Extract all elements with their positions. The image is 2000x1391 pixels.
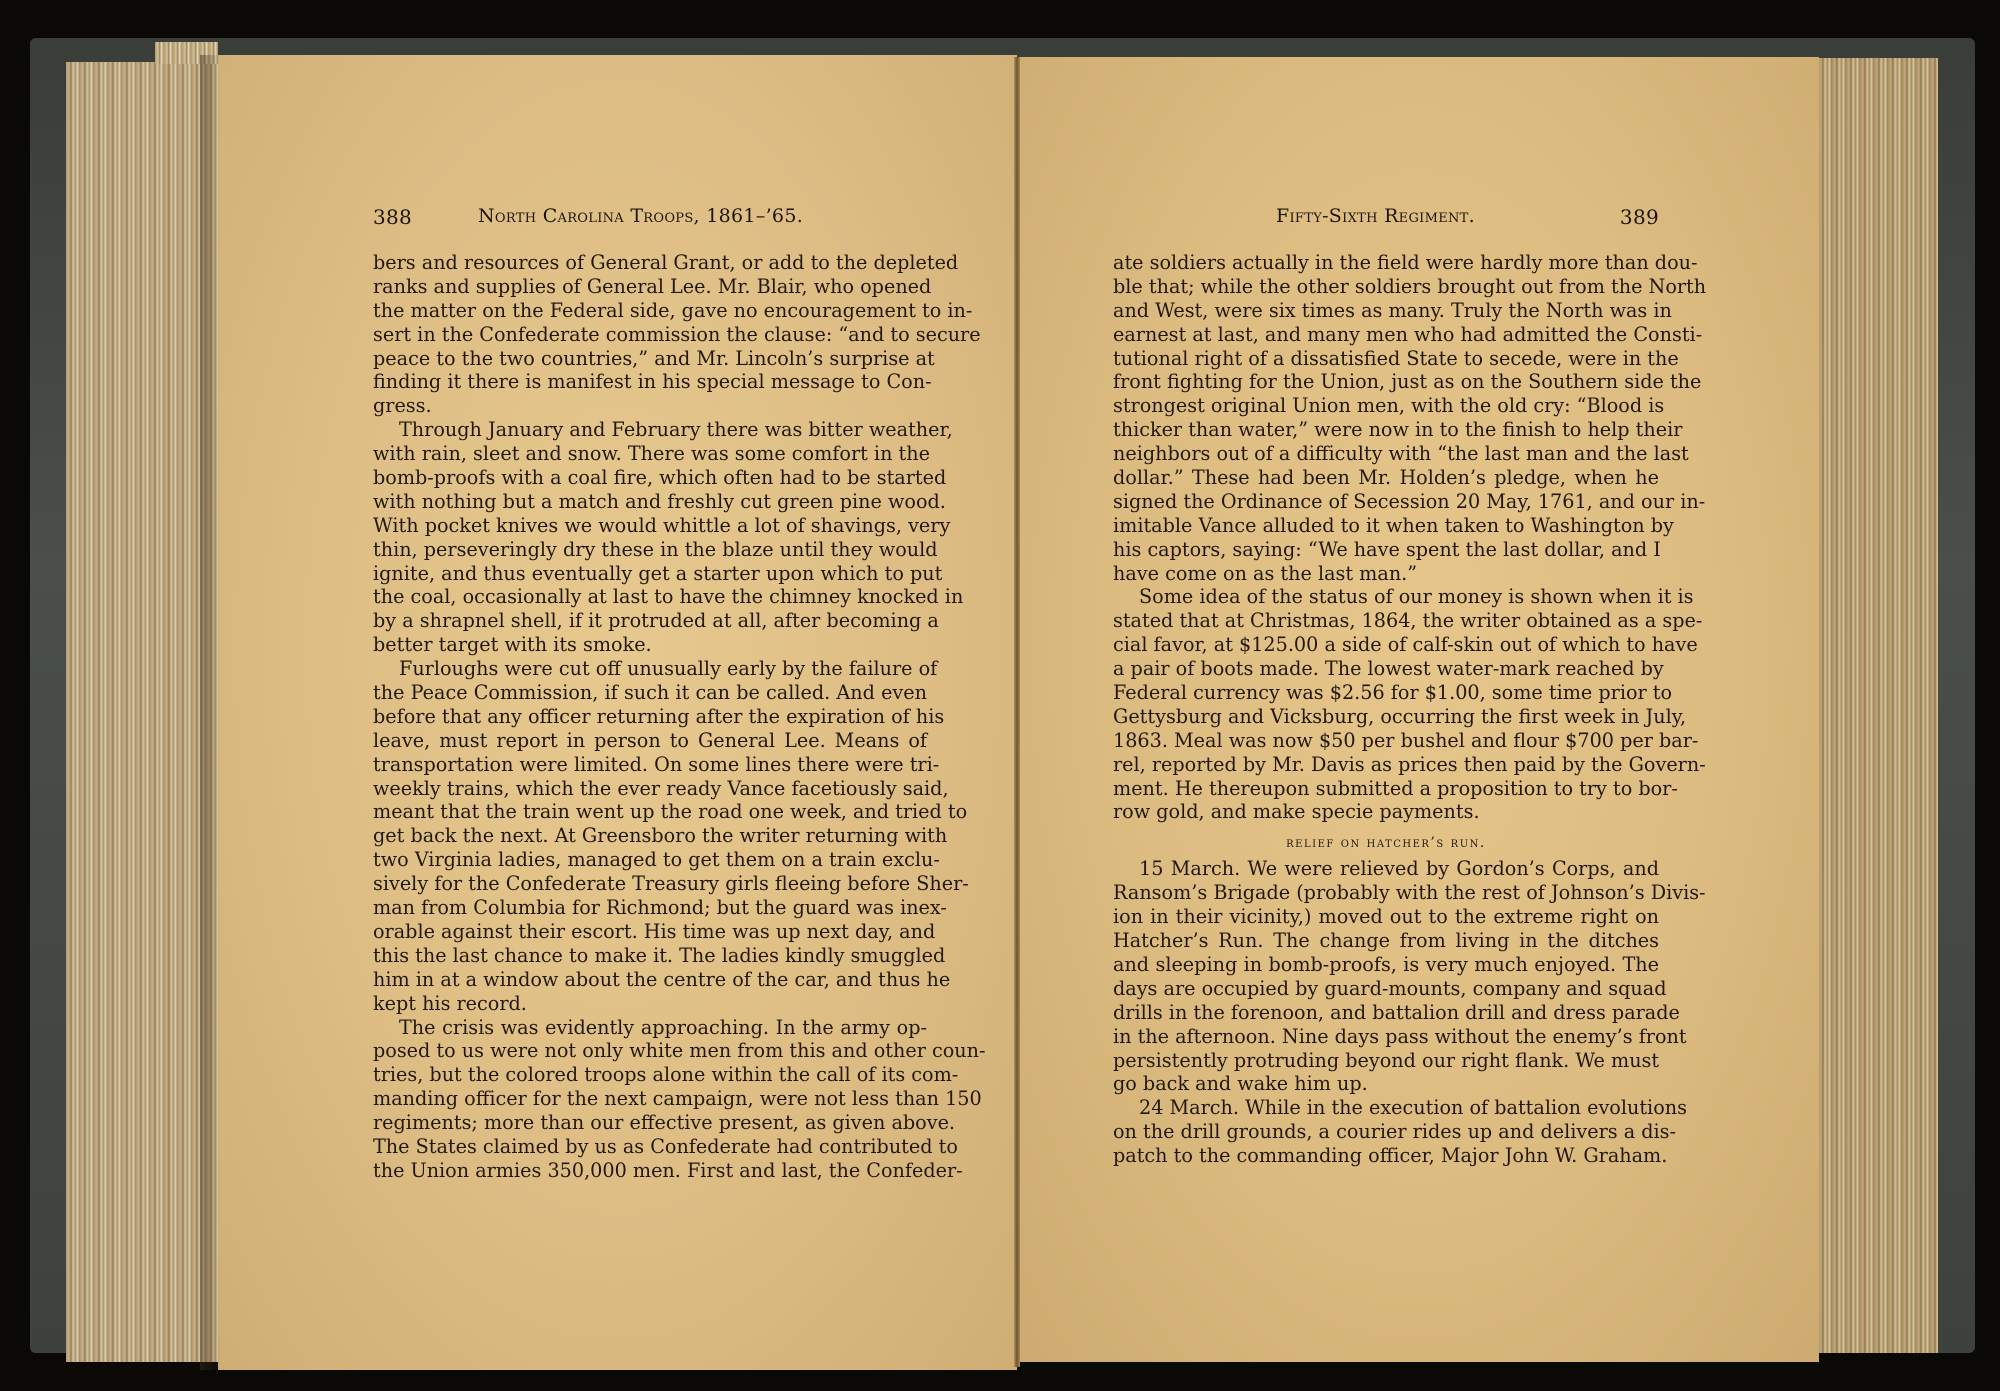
- right-body-part-1: ate soldiers actually in the field were …: [1113, 251, 1659, 824]
- text-line: signed the Ordinance of Secession 20 May…: [1113, 490, 1659, 514]
- text-line: the matter on the Federal side, gave no …: [373, 299, 927, 323]
- left-running-header: 388 North Carolina Troops, 1861–’65.: [373, 205, 927, 235]
- right-body-part-2: 15 March. We were relieved by Gordon’s C…: [1113, 857, 1659, 1168]
- text-line: meant that the train went up the road on…: [373, 800, 927, 824]
- text-line: leave, must report in person to General …: [373, 729, 927, 753]
- text-line: thicker than water,” were now in to the …: [1113, 418, 1659, 442]
- text-line: cial favor, at $125.00 a side of calf-sk…: [1113, 633, 1659, 657]
- right-page-body: ate soldiers actually in the field were …: [1113, 251, 1659, 1168]
- text-line: ranks and supplies of General Lee. Mr. B…: [373, 275, 927, 299]
- text-line: go back and wake him up.: [1113, 1072, 1659, 1096]
- left-page-number: 388: [373, 205, 412, 229]
- text-line: gress.: [373, 394, 927, 418]
- text-line: neighbors out of a difficulty with “the …: [1113, 442, 1659, 466]
- text-line: bomb-proofs with a coal fire, which ofte…: [373, 466, 927, 490]
- text-line: with rain, sleet and snow. There was som…: [373, 442, 927, 466]
- text-line: a pair of boots made. The lowest water-m…: [1113, 657, 1659, 681]
- text-line: earnest at last, and many men who had ad…: [1113, 323, 1659, 347]
- text-line: front fighting for the Union, just as on…: [1113, 370, 1659, 394]
- text-line: man from Columbia for Richmond; but the …: [373, 896, 927, 920]
- text-line: 24 March. While in the execution of batt…: [1113, 1096, 1659, 1120]
- text-line: tutional right of a dissatisfied State t…: [1113, 347, 1659, 371]
- text-line: ignite, and thus eventually get a starte…: [373, 562, 927, 586]
- text-line: row gold, and make specie payments.: [1113, 800, 1659, 824]
- text-line: bers and resources of General Grant, or …: [373, 251, 927, 275]
- left-page-body: bers and resources of General Grant, or …: [373, 251, 927, 1183]
- text-line: 1863. Meal was now $50 per bushel and fl…: [1113, 729, 1659, 753]
- text-line: rel, reported by Mr. Davis as prices the…: [1113, 753, 1659, 777]
- text-line: Furloughs were cut off unusually early b…: [373, 657, 927, 681]
- text-line: Gettysburg and Vicksburg, occurring the …: [1113, 705, 1659, 729]
- text-line: sively for the Confederate Treasury girl…: [373, 872, 927, 896]
- text-line: stated that at Christmas, 1864, the writ…: [1113, 609, 1659, 633]
- text-line: posed to us were not only white men from…: [373, 1039, 927, 1063]
- text-line: two Virginia ladies, managed to get them…: [373, 848, 927, 872]
- text-line: weekly trains, which the ever ready Vanc…: [373, 777, 927, 801]
- edge-shadow: [200, 55, 220, 1370]
- page-edges-right: [1818, 58, 1938, 1353]
- right-page-number: 389: [1620, 205, 1659, 229]
- text-line: The crisis was evidently approaching. In…: [373, 1016, 927, 1040]
- text-line: better target with its smoke.: [373, 633, 927, 657]
- text-line: in the afternoon. Nine days pass without…: [1113, 1025, 1659, 1049]
- text-line: persistently protruding beyond our right…: [1113, 1049, 1659, 1073]
- text-line: finding it there is manifest in his spec…: [373, 370, 927, 394]
- text-line: drills in the forenoon, and battalion dr…: [1113, 1001, 1659, 1025]
- text-line: before that any officer returning after …: [373, 705, 927, 729]
- text-line: ble that; while the other soldiers broug…: [1113, 275, 1659, 299]
- text-line: manding officer for the next campaign, w…: [373, 1087, 927, 1111]
- text-line: dollar.” These had been Mr. Holden’s ple…: [1113, 466, 1659, 490]
- text-line: patch to the commanding officer, Major J…: [1113, 1144, 1659, 1168]
- text-line: the Peace Commission, if such it can be …: [373, 681, 927, 705]
- text-line: his captors, saying: “We have spent the …: [1113, 538, 1659, 562]
- text-line: sert in the Confederate commission the c…: [373, 323, 927, 347]
- text-line: ion in their vicinity,) moved out to the…: [1113, 905, 1659, 929]
- book-gutter: [1014, 57, 1020, 1367]
- page-edges-left: [66, 62, 218, 1362]
- text-line: get back the next. At Greensboro the wri…: [373, 824, 927, 848]
- text-line: ate soldiers actually in the field were …: [1113, 251, 1659, 275]
- text-line: the coal, occasionally at last to have t…: [373, 585, 927, 609]
- text-line: days are occupied by guard-mounts, compa…: [1113, 977, 1659, 1001]
- text-line: tries, but the colored troops alone with…: [373, 1063, 927, 1087]
- left-running-head-title: North Carolina Troops, 1861–’65.: [478, 205, 803, 227]
- text-line: and West, were six times as many. Truly …: [1113, 299, 1659, 323]
- text-line: strongest original Union men, with the o…: [1113, 394, 1659, 418]
- text-line: Some idea of the status of our money is …: [1113, 585, 1659, 609]
- text-line: with nothing but a match and freshly cut…: [373, 490, 927, 514]
- text-line: this the last chance to make it. The lad…: [373, 944, 927, 968]
- text-line: him in at a window about the centre of t…: [373, 968, 927, 992]
- text-line: Federal currency was $2.56 for $1.00, so…: [1113, 681, 1659, 705]
- text-line: transportation were limited. On some lin…: [373, 753, 927, 777]
- text-line: the Union armies 350,000 men. First and …: [373, 1159, 927, 1183]
- text-line: by a shrapnel shell, if it protruded at …: [373, 609, 927, 633]
- text-line: peace to the two countries,” and Mr. Lin…: [373, 347, 927, 371]
- text-line: on the drill grounds, a courier rides up…: [1113, 1120, 1659, 1144]
- right-running-header: Fifty-Sixth Regiment. 389: [1113, 205, 1659, 235]
- section-heading: relief on hatcher’s run.: [1113, 824, 1659, 857]
- text-line: have come on as the last man.”: [1113, 562, 1659, 586]
- text-line: regiments; more than our effective prese…: [373, 1111, 927, 1135]
- text-line: Ransom’s Brigade (probably with the rest…: [1113, 881, 1659, 905]
- right-running-head-title: Fifty-Sixth Regiment.: [1276, 205, 1475, 227]
- text-line: kept his record.: [373, 992, 927, 1016]
- text-line: imitable Vance alluded to it when taken …: [1113, 514, 1659, 538]
- text-line: The States claimed by us as Confederate …: [373, 1135, 927, 1159]
- text-line: thin, perseveringly dry these in the bla…: [373, 538, 927, 562]
- text-line: Hatcher’s Run. The change from living in…: [1113, 929, 1659, 953]
- text-line: 15 March. We were relieved by Gordon’s C…: [1113, 857, 1659, 881]
- text-line: orable against their escort. His time wa…: [373, 920, 927, 944]
- text-line: ment. He thereupon submitted a propositi…: [1113, 777, 1659, 801]
- text-line: With pocket knives we would whittle a lo…: [373, 514, 927, 538]
- text-line: and sleeping in bomb-proofs, is very muc…: [1113, 953, 1659, 977]
- text-line: Through January and February there was b…: [373, 418, 927, 442]
